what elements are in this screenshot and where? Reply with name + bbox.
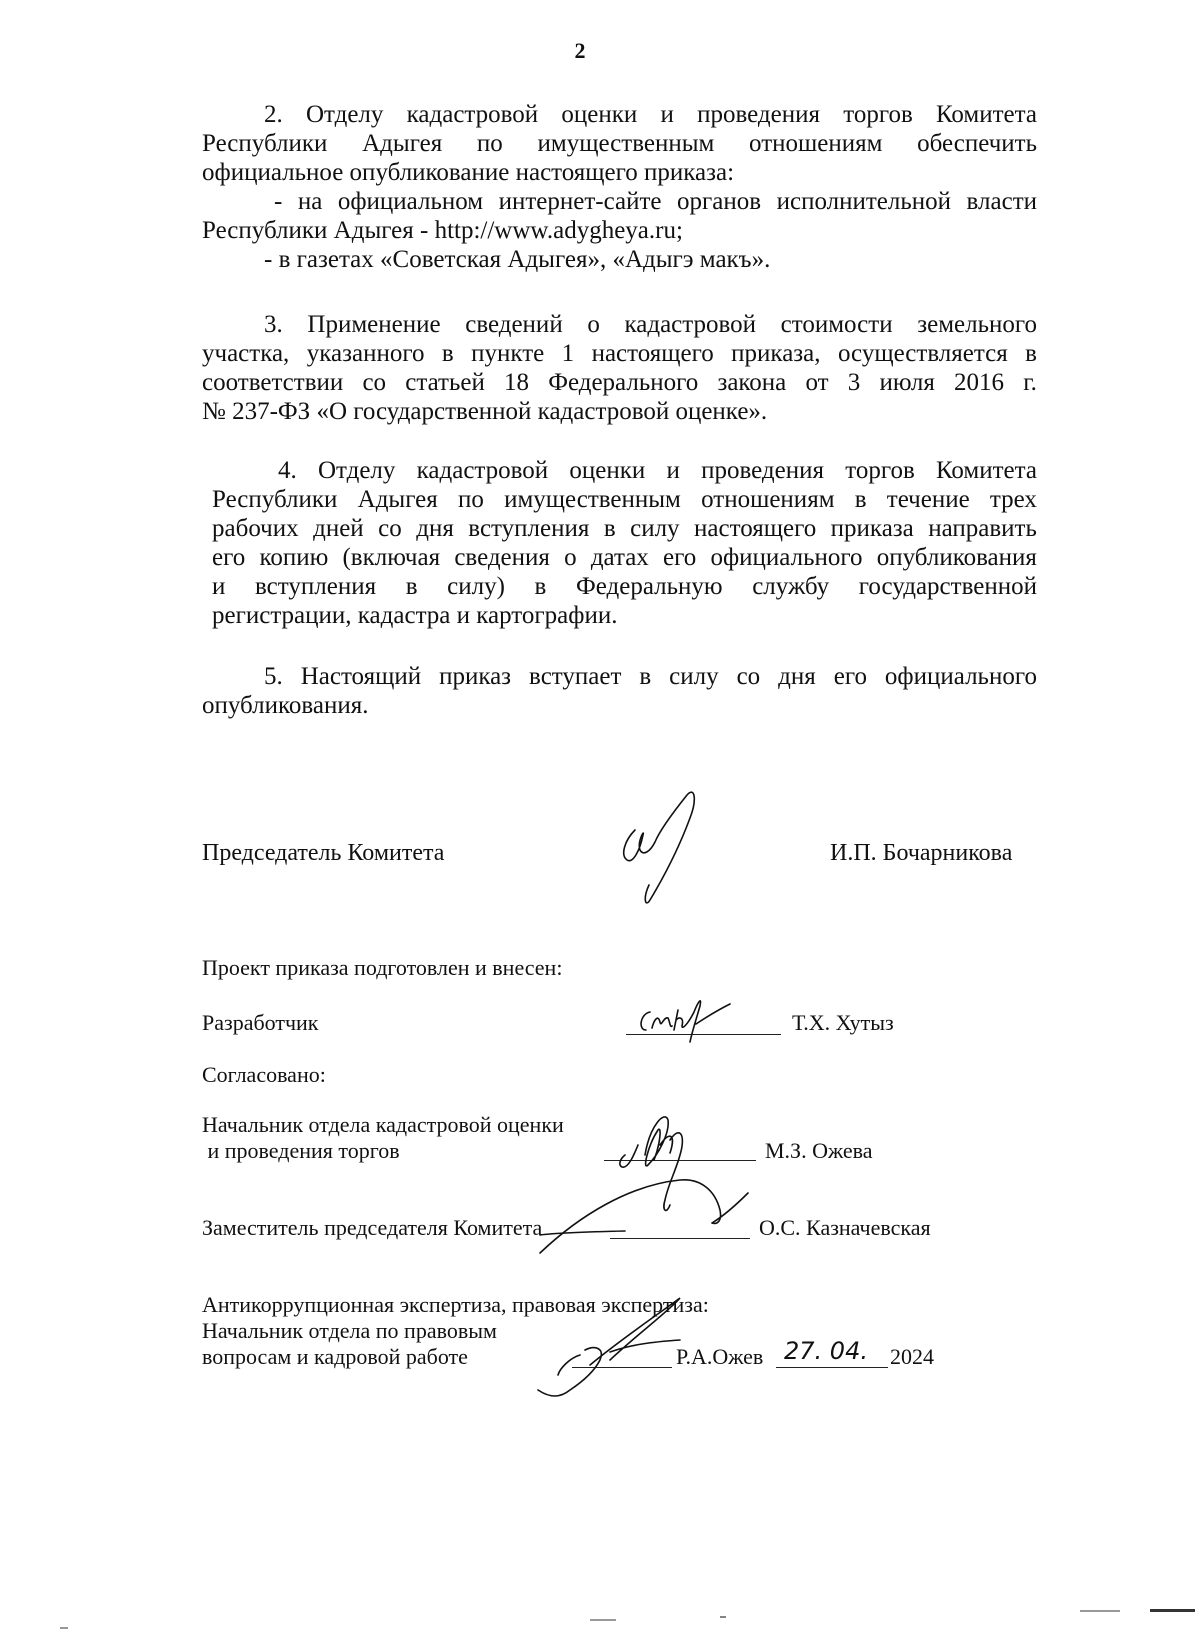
word: власти [967,187,1037,216]
word: обеспечить [917,129,1037,158]
prepared-header: Проект приказа подготовлен и внесен: [202,955,562,981]
word: стоимости [781,310,893,339]
word: по [458,485,484,514]
scan-speck [1150,1609,1195,1612]
paragraph-line: - в газетах «Советская Адыгея», «Адыгэ м… [202,245,1037,274]
paragraph-line: 5.Настоящийприказвступаетвсилусодняегооф… [202,662,1037,691]
paragraph-line: рабочихднейсоднявступлениявсилунастоящег… [212,514,1037,543]
paragraph-line: 3.Применениесведенийокадастровойстоимост… [202,310,1037,339]
chairman-name: И.П. Бочарникова [830,840,1012,866]
word: сведений [465,310,562,339]
word: и [667,456,680,485]
word: приказа [831,514,914,543]
word: торгов [845,456,915,485]
word: настоящего [592,339,714,368]
word: приказ [439,662,511,691]
word: в [406,572,418,601]
word: на [298,187,322,216]
word: в [535,572,547,601]
word: в [1025,339,1037,368]
head-cadastral-title-line1: Начальник отдела кадастровой оценки [202,1112,564,1138]
word: от [805,368,828,397]
word: кадастровой [417,456,549,485]
word: - [274,187,282,216]
deputy-chair-strike-icon [530,1215,630,1245]
word: и [661,100,674,129]
scan-speck [720,1616,726,1618]
word: Комитета [936,456,1037,485]
word: отношениям [749,129,882,158]
word: Отделу [306,100,383,129]
word: государственной [859,572,1037,601]
word: имущественным [504,485,681,514]
word: проведения [701,456,824,485]
word: пункте [471,339,544,368]
word: опубликования [877,543,1037,572]
paragraph-line: 4.Отделукадастровойоценкиипроведенияторг… [212,456,1037,485]
paragraph-5: 5.Настоящийприказвступаетвсилусодняегооф… [202,662,1037,720]
word: силу [669,662,718,691]
word: земельного [917,310,1037,339]
paragraph-line: егокопию(включаясведенияодатахегоофициал… [212,543,1037,572]
paragraph-line: 2.Отделукадастровойоценкиипроведенияторг… [202,100,1037,129]
word: официального [885,662,1037,691]
handwritten-date: 27. 04. [784,1337,868,1365]
word: силу) [447,572,505,601]
paragraph-line: -наофициальноминтернет-сайтеоргановиспол… [202,187,1037,216]
developer-signature-icon [630,990,770,1050]
paragraph-line: РеспубликиАдыгеяпоимущественнымотношения… [212,485,1037,514]
word: кадастровой [407,100,539,129]
head-cadastral-title-line2: и проведения торгов [202,1138,400,1164]
word: органов [677,187,761,216]
paragraph-line: соответствиисостатьей18Федеральногозакон… [202,368,1037,397]
word: проведения [697,100,820,129]
word: рабочих [212,514,299,543]
word: службу [752,572,829,601]
word: в [604,514,616,543]
head-legal-title-line2: вопросам и кадровой работе [202,1344,468,1370]
word: Федеральную [576,572,723,601]
paragraph-line: № 237-ФЗ «О государственной кадастровой … [202,397,1037,426]
word: вступления [255,572,376,601]
word: Отделу [318,456,395,485]
head-cadastral-name: М.З. Ожева [765,1138,873,1164]
word: в [442,339,454,368]
scan-speck [590,1619,616,1621]
paragraph-line: Республики Адыгея - http://www.adygheya.… [202,216,1037,245]
paragraph-3: 3.Применениесведенийокадастровойстоимост… [202,310,1037,426]
word: отношениям [701,485,834,514]
word: настоящего [694,514,816,543]
paragraph-line: РеспубликиАдыгеяпоимущественнымотношения… [202,129,1037,158]
page-number: 2 [0,38,1160,64]
scan-speck [60,1627,68,1629]
chairman-title: Председатель Комитета [202,840,444,866]
word: его [663,543,696,572]
head-legal-title-line1: Начальник отдела по правовым [202,1318,497,1344]
word: приказа, [731,339,820,368]
paragraph-4: 4.Отделукадастровойоценкиипроведенияторг… [212,456,1037,630]
word: 3. [264,310,283,339]
word: июля [879,368,934,397]
paragraph-line: официальное опубликование настоящего при… [202,158,1037,187]
word: исполнительной [777,187,951,216]
word: соответствии [202,368,343,397]
word: сведения [454,543,550,572]
word: (включая [342,543,440,572]
date-line [776,1367,888,1368]
word: 18 [504,368,529,397]
word: закона [717,368,786,397]
word: 4. [278,456,297,485]
scan-speck [1080,1610,1120,1612]
word: 3 [848,368,861,397]
word: его [834,662,867,691]
word: направить [928,514,1037,543]
word: 2. [264,100,283,129]
word: вступления [468,514,589,543]
word: течение [887,485,970,514]
word: в [855,485,867,514]
paragraph-line: регистрации, кадастра и картографии. [212,601,1037,630]
word: оценки [561,100,637,129]
word: в [639,662,651,691]
paragraph-line: опубликования. [202,691,1037,720]
word: 1 [562,339,575,368]
word: и [212,572,225,601]
paragraph-2: 2.Отделукадастровойоценкиипроведенияторг… [202,100,1037,274]
word: его [212,543,245,572]
deputy-chair-title: Заместитель председателя Комитета [202,1215,542,1241]
word: кадастровой [624,310,756,339]
word: оценки [569,456,645,485]
head-legal-name: Р.А.Ожев [676,1344,763,1370]
word: указанного [307,339,425,368]
word: Комитета [936,100,1037,129]
word: Федерального [548,368,698,397]
deputy-chair-signature-line [610,1238,750,1239]
word: вступает [529,662,621,691]
paragraph-line: ивступлениявсилу)вФедеральнуюслужбугосуд… [212,572,1037,601]
word: дня [416,514,454,543]
word: Адыгея [358,485,438,514]
word: Настоящий [301,662,421,691]
word: статьей [405,368,485,397]
word: по [477,129,503,158]
word: о [587,310,600,339]
word: торгов [843,100,913,129]
word: осуществляется [838,339,1008,368]
word: дня [778,662,816,691]
developer-title: Разработчик [202,1010,319,1036]
word: Применение [307,310,440,339]
word: интернет-сайте [499,187,662,216]
word: дней [313,514,364,543]
word: копию [259,543,328,572]
word: 2016 [954,368,1004,397]
date-year: 2024 [890,1344,934,1370]
paragraph-line: участка,указанноговпункте1настоящегоприк… [202,339,1037,368]
word: Адыгея [362,129,442,158]
word: 5. [264,662,283,691]
word: о [564,543,577,572]
word: официальном [338,187,483,216]
deputy-chair-name: О.С. Казначевская [759,1215,931,1241]
word: участка, [202,339,289,368]
agreed-header: Согласовано: [202,1062,326,1088]
word: со [378,514,402,543]
word: имущественным [538,129,715,158]
word: Республики [212,485,337,514]
word: Республики [202,129,327,158]
word: г. [1023,368,1037,397]
developer-name: Т.Х. Хутыз [792,1010,894,1036]
word: официального [710,543,862,572]
word: датах [591,543,649,572]
word: трех [990,485,1037,514]
word: со [737,662,761,691]
word: силу [630,514,679,543]
word: со [362,368,386,397]
chairman-signature-icon [615,790,715,910]
